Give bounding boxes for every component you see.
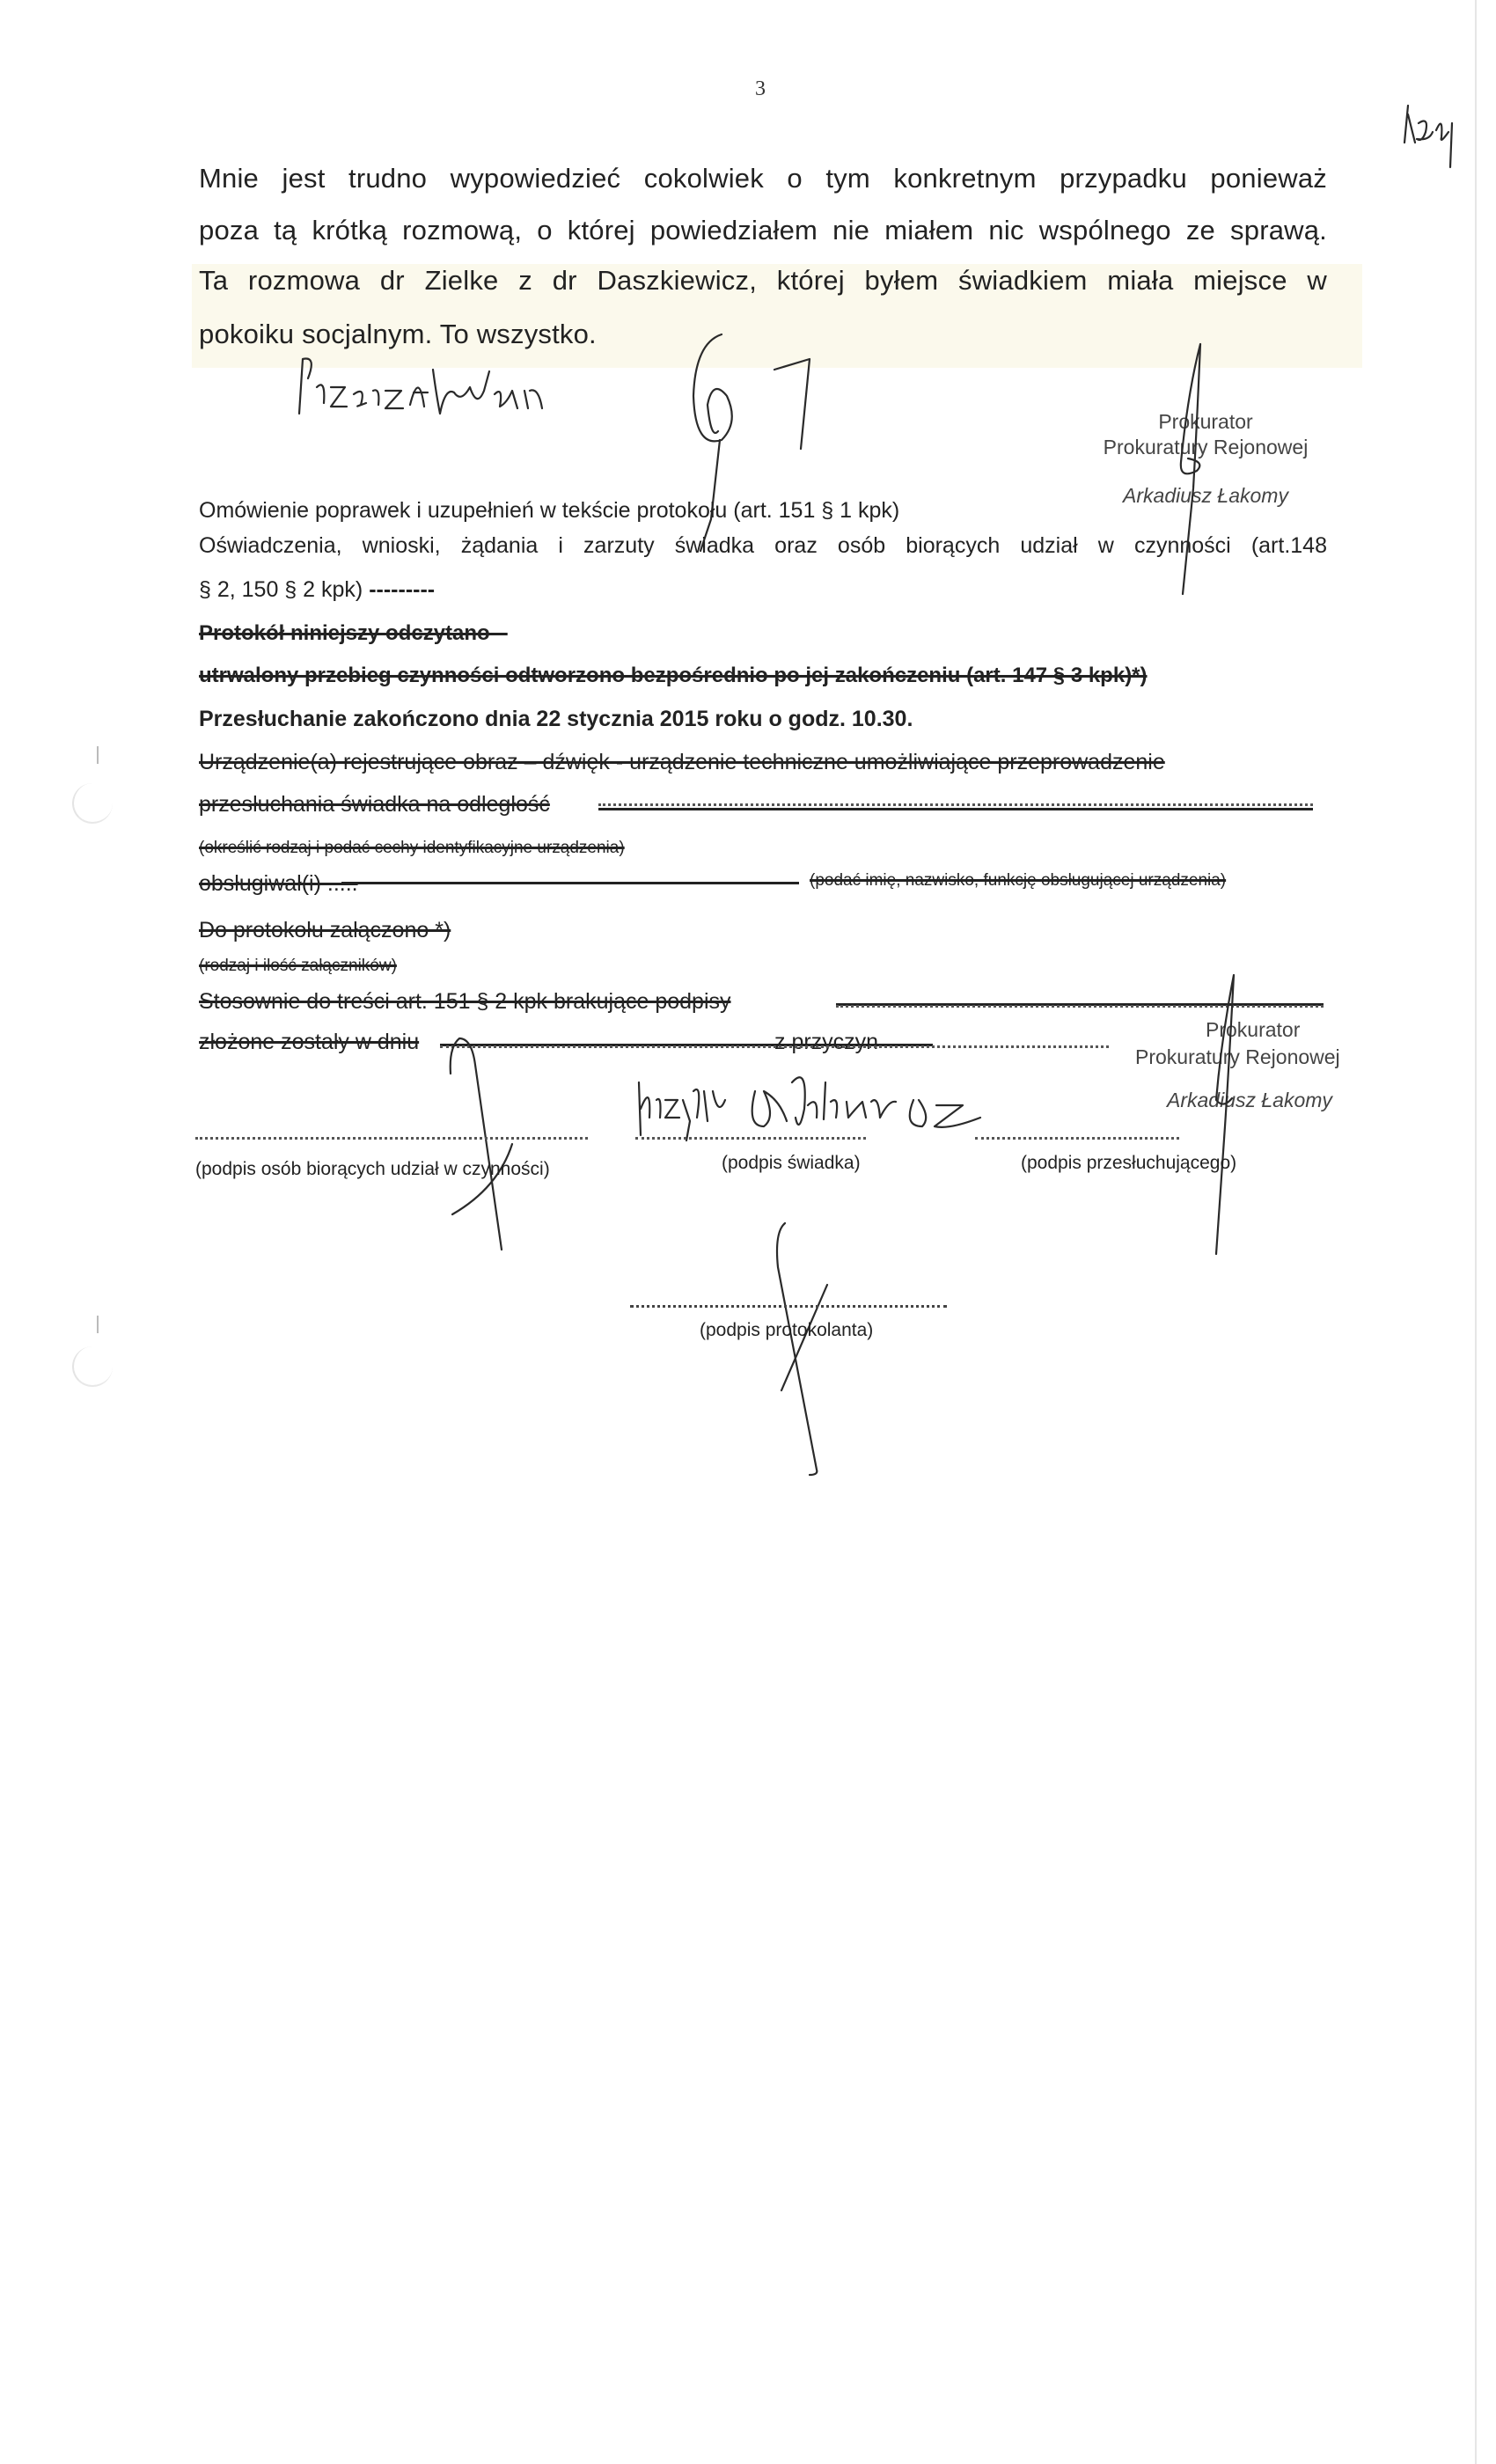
participants-signature-line[interactable] [195, 1137, 588, 1140]
witness-caption: (podpis świadka) [722, 1153, 861, 1174]
recorder-caption: (podpis protokolanta) [700, 1320, 873, 1341]
missing-signatures-line-2a: złożone zostały w dniu [199, 1030, 419, 1055]
attachments-line: Do protokołu załączono *) [199, 918, 451, 943]
testimony-line-4: pokoiku socjalnym. To wszystko. [199, 319, 597, 350]
witness-signature [632, 1056, 1001, 1144]
handwritten-read-note [282, 352, 581, 449]
testimony-line-3: Ta rozmowa dr Zielke z dr Daszkiewicz, k… [199, 265, 1327, 297]
statements-dashes: --------- [369, 577, 435, 602]
page-number: 3 [755, 77, 766, 101]
scan-edge-line [1475, 0, 1477, 2464]
examiner-signature-line[interactable] [975, 1137, 1179, 1140]
device-text: przesłuchania świadka na odległość [199, 792, 550, 817]
stamp-office: Prokuratury Rejonowej [1135, 1045, 1399, 1069]
operator-strike-line [341, 882, 799, 884]
device-line-1: Urządzenie(a) rejestrujące obraz – dźwię… [199, 750, 1165, 775]
statements-line-1: Oświadczenia, wnioski, żądania i zarzuty… [199, 533, 1327, 559]
missing-sig-dots [836, 1005, 1324, 1008]
attachments-hint: (rodzaj i ilość załączników) [199, 957, 397, 976]
recorder-signature-line[interactable] [630, 1305, 947, 1308]
stamp-title: Prokurator [1135, 1018, 1399, 1042]
participants-caption: (podpis osób biorących udział w czynnośc… [195, 1159, 550, 1180]
device-dotted-line [598, 803, 1313, 806]
recorded-replay-line: utrwalony przebieg czynności odtworzono … [199, 664, 1148, 688]
prosecutor-signature-top [1162, 339, 1214, 603]
hearing-ended-line: Przesłuchanie zakończono dnia 22 styczni… [199, 707, 913, 732]
handwritten-slash-participants [414, 986, 519, 1250]
device-strike-line [598, 808, 1313, 810]
punch-mark [97, 746, 99, 764]
punch-hole [72, 783, 113, 824]
device-line-2: przesłuchania świadka na odległość [199, 792, 550, 818]
device-hint: (określić rodzaj i podać cechy identyfik… [199, 839, 625, 858]
prosecutor-stamp-bottom: Prokurator Prokuratury Rejonowej Arkadiu… [1135, 1018, 1399, 1112]
missing-signatures-line-2b: z przyczyn [774, 1030, 878, 1055]
stamp-name: Arkadiusz Łakomy [1135, 1089, 1399, 1112]
statements-line-2: § 2, 150 § 2 kpk) --------- [199, 577, 435, 603]
recorder-signature [766, 1214, 862, 1478]
read-protocol-line: Protokół niniejszy odczytano – [199, 621, 508, 646]
testimony-line-1: Mnie jest trudno wypowiedzieć cokolwiek … [199, 163, 1327, 194]
operator-hint: (podać imię, nazwisko, funkcję obsługują… [810, 871, 1226, 891]
testimony-line-2: poza tą krótką rozmową, o której powiedz… [199, 215, 1327, 246]
corrections-line: Omówienie poprawek i uzupełnień w tekści… [199, 498, 899, 524]
prosecutor-signature-bottom [1197, 968, 1250, 1258]
operator-line: obsługiwał(i) ..... [199, 871, 358, 897]
punch-hole [72, 1346, 113, 1387]
handwritten-page-mark [1399, 97, 1470, 176]
punch-mark [97, 1316, 99, 1333]
examiner-caption: (podpis przesłuchującego) [1021, 1153, 1236, 1174]
witness-signature-line[interactable] [635, 1137, 866, 1140]
statements-text: § 2, 150 § 2 kpk) [199, 577, 363, 602]
missing-sig2-dots [440, 1045, 1109, 1048]
